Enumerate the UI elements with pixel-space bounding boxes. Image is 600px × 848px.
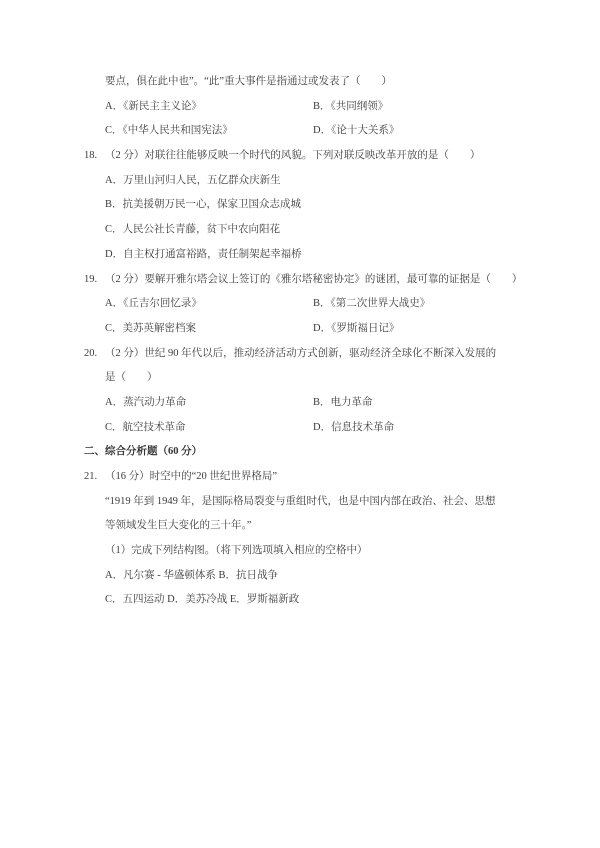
- option-text: D．自主权打通富裕路，责任制架起幸福桥: [105, 243, 302, 268]
- q18-stem: 18. （2 分）对联往往能够反映一个时代的风貌。下列对联反映改革开放的是（ ）: [84, 144, 558, 169]
- q21-quote-line-1: “1919 年到 1949 年，是国际格局裂变与重组时代，也是中国内部在政治、社…: [84, 490, 558, 515]
- q20-stem-text: （2 分）世纪 90 年代以后，推动经济活动方式创新，驱动经济全球化不断深入发展…: [105, 342, 496, 367]
- section-2-header: 二、综合分析题（60 分）: [84, 440, 558, 465]
- q20-option-a: A．蒸汽动力革命: [105, 391, 186, 416]
- q20-option-d: D．信息技术革命: [313, 416, 394, 441]
- q18-option-b: B．抗美援朝万民一心，保家卫国众志成城: [84, 193, 558, 218]
- option-text: B．抗美援朝万民一心，保家卫国众志成城: [105, 193, 301, 218]
- fill-options-text: A．凡尔赛 - 华盛顿体系 B．抗日战争: [105, 564, 278, 589]
- q17-options-cd: C．《中华人民共和国宪法》 D．《论十大关系》: [84, 119, 558, 144]
- subquestion-text: （1）完成下列结构图。（将下列选项填入相应的空格中）: [105, 539, 368, 564]
- q19-option-b: B．《第二次世界大战史》: [313, 292, 430, 317]
- q21-number: 21.: [84, 465, 97, 490]
- q18-option-c: C．人民公社长青藤，贫下中农向阳花: [84, 218, 558, 243]
- q17-stem-continuation: 要点，俱在此中也”。“此”重大事件是指通过或发表了（ ）: [84, 70, 558, 95]
- q19-stem-text: （2 分）要解开雅尔塔会议上签订的《雅尔塔秘密协定》的谜团，最可靠的证据是（ ）: [105, 268, 522, 293]
- quote-text: “1919 年到 1949 年，是国际格局裂变与重组时代，也是中国内部在政治、社…: [105, 490, 496, 515]
- q20-option-b: B．电力革命: [313, 391, 373, 416]
- q21-quote-line-2: 等领域发生巨大变化的三十年。”: [84, 514, 558, 539]
- exam-content: 要点，俱在此中也”。“此”重大事件是指通过或发表了（ ） A．《新民主主义论》 …: [84, 70, 558, 613]
- line-text: 是（ ）: [105, 366, 158, 391]
- q19-number: 19.: [84, 268, 97, 293]
- option-text: A．万里山河归人民，五亿群众庆新生: [105, 169, 281, 194]
- exam-page: 要点，俱在此中也”。“此”重大事件是指通过或发表了（ ） A．《新民主主义论》 …: [0, 0, 600, 848]
- q17-option-d: D．《论十大关系》: [313, 119, 399, 144]
- q17-option-c: C．《中华人民共和国宪法》: [105, 119, 233, 144]
- q20-option-c: C．航空技术革命: [105, 416, 186, 441]
- q20-options-ab: A．蒸汽动力革命 B．电力革命: [84, 391, 558, 416]
- quote-text: 等领域发生巨大变化的三十年。”: [105, 514, 251, 539]
- line-text: 要点，俱在此中也”。“此”重大事件是指通过或发表了（ ）: [105, 70, 392, 95]
- q19-stem: 19. （2 分）要解开雅尔塔会议上签订的《雅尔塔秘密协定》的谜团，最可靠的证据…: [84, 268, 558, 293]
- q18-option-a: A．万里山河归人民，五亿群众庆新生: [84, 169, 558, 194]
- q21-fill-options-ab: A．凡尔赛 - 华盛顿体系 B．抗日战争: [84, 564, 558, 589]
- q21-fill-options-cde: C．五四运动 D．美苏冷战 E．罗斯福新政: [84, 588, 558, 613]
- q19-options-cd: C．美苏英解密档案 D．《罗斯福日记》: [84, 317, 558, 342]
- q21-stem-text: （16 分）时空中的“20 世纪世界格局”: [105, 465, 277, 490]
- q19-option-c: C．美苏英解密档案: [105, 317, 196, 342]
- q20-stem: 20. （2 分）世纪 90 年代以后，推动经济活动方式创新，驱动经济全球化不断…: [84, 342, 558, 367]
- q20-options-cd: C．航空技术革命 D．信息技术革命: [84, 416, 558, 441]
- q18-stem-text: （2 分）对联往往能够反映一个时代的风貌。下列对联反映改革开放的是（ ）: [105, 144, 480, 169]
- q17-option-b: B．《共同纲领》: [313, 95, 388, 120]
- q20-number: 20.: [84, 342, 97, 367]
- q20-stem-continuation: 是（ ）: [84, 366, 558, 391]
- q21-subquestion-1: （1）完成下列结构图。（将下列选项填入相应的空格中）: [84, 539, 558, 564]
- section-header-text: 二、综合分析题（60 分）: [84, 440, 202, 465]
- q19-options-ab: A．《丘吉尔回忆录》 B．《第二次世界大战史》: [84, 292, 558, 317]
- fill-options-text: C．五四运动 D．美苏冷战 E．罗斯福新政: [105, 588, 299, 613]
- option-text: C．人民公社长青藤，贫下中农向阳花: [105, 218, 280, 243]
- q21-stem: 21. （16 分）时空中的“20 世纪世界格局”: [84, 465, 558, 490]
- q17-option-a: A．《新民主主义论》: [105, 95, 202, 120]
- q18-number: 18.: [84, 144, 97, 169]
- q19-option-a: A．《丘吉尔回忆录》: [105, 292, 202, 317]
- q19-option-d: D．《罗斯福日记》: [313, 317, 399, 342]
- q18-option-d: D．自主权打通富裕路，责任制架起幸福桥: [84, 243, 558, 268]
- q17-options-ab: A．《新民主主义论》 B．《共同纲领》: [84, 95, 558, 120]
